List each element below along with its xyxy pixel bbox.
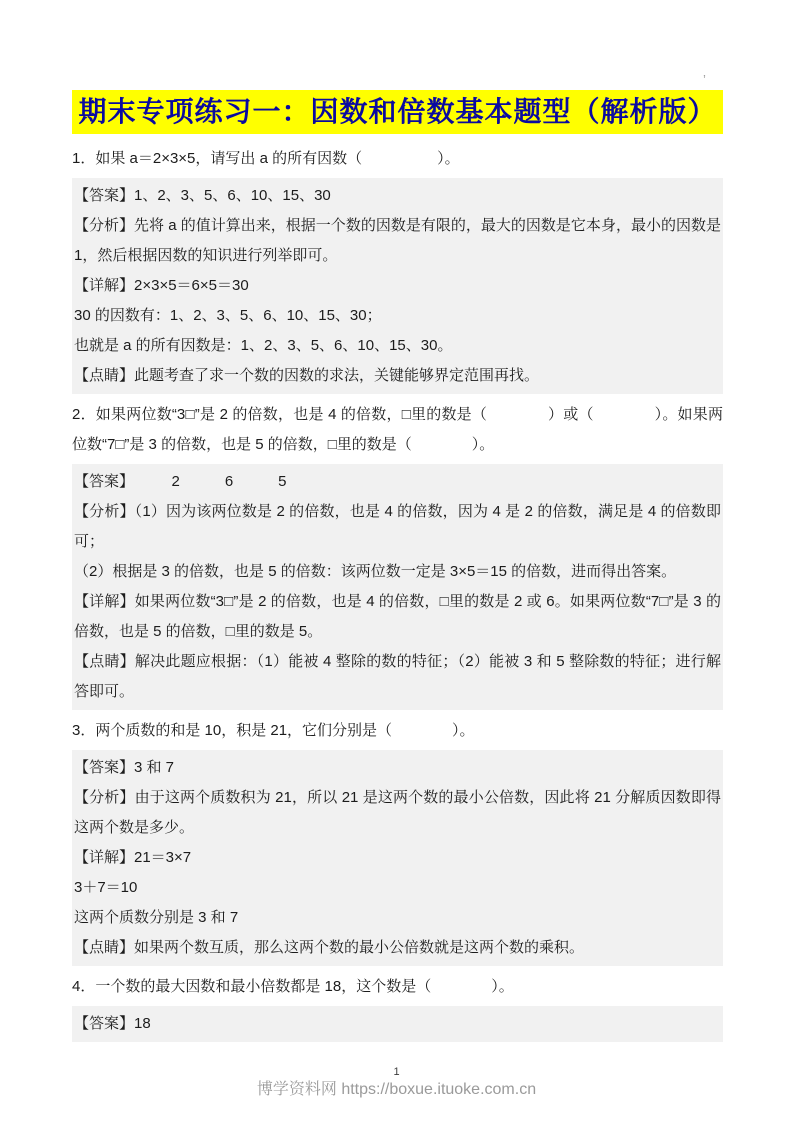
answer-line: 【答案】3 和 7 [74, 753, 721, 783]
page-title-text: 期末专项练习一：因数和倍数基本题型（解析版） [72, 90, 722, 134]
analysis-line: 【分析】由于这两个质数积为 21，所以 21 是这两个数的最小公倍数，因此将 2… [74, 783, 721, 843]
detail-line: 30 的因数有：1、2、3、5、6、10、15、30； [74, 301, 721, 331]
detail-line: 【详解】2×3×5＝6×5＝30 [74, 271, 721, 301]
question-2: 2．如果两位数“3□”是 2 的倍数，也是 4 的倍数，□里的数是（ ）或（ ）… [72, 394, 723, 464]
detail-line: 也就是 a 的所有因数是：1、2、3、5、6、10、15、30。 [74, 331, 721, 361]
detail-line: 3＋7＝10 [74, 873, 721, 903]
question-4: 4．一个数的最大因数和最小倍数都是 18，这个数是（ ）。 [72, 966, 723, 1006]
explanation-block-1: 【答案】1、2、3、5、6、10、15、30 【分析】先将 a 的值计算出来，根… [72, 178, 723, 394]
detail-line: 【详解】如果两位数“3□”是 2 的倍数，也是 4 的倍数，□里的数是 2 或 … [74, 587, 721, 647]
remark-line: 【点睛】解决此题应根据：（1）能被 4 整除的数的特征；（2）能被 3 和 5 … [74, 647, 721, 707]
question-3: 3．两个质数的和是 10，积是 21，它们分别是（ ）。 [72, 710, 723, 750]
analysis-line: 【分析】先将 a 的值计算出来，根据一个数的因数是有限的，最大的因数是它本身，最… [74, 211, 721, 271]
answer-line: 【答案】1、2、3、5、6、10、15、30 [74, 181, 721, 211]
answer-line: 【答案】18 [74, 1009, 721, 1039]
analysis-line: 【分析】（1）因为该两位数是 2 的倍数，也是 4 的倍数，因为 4 是 2 的… [74, 497, 721, 557]
remark-line: 【点睛】此题考查了求一个数的因数的求法，关键能够界定范围再找。 [74, 361, 721, 391]
document-content: 期末专项练习一：因数和倍数基本题型（解析版） 1．如果 a＝2×3×5，请写出 … [72, 0, 723, 1042]
page-footer: 1 博学资料网 https://boxue.ituoke.com.cn [0, 1065, 793, 1100]
detail-line: 这两个质数分别是 3 和 7 [74, 903, 721, 933]
page-title: 期末专项练习一：因数和倍数基本题型（解析版） [72, 0, 723, 134]
remark-line: 【点睛】如果两个数互质，那么这两个数的最小公倍数就是这两个数的乘积。 [74, 933, 721, 963]
worksheet-page: ’ 期末专项练习一：因数和倍数基本题型（解析版） 1．如果 a＝2×3×5，请写… [0, 0, 793, 1122]
stray-mark: ’ [703, 72, 706, 87]
page-number: 1 [0, 1065, 793, 1079]
site-text: 博学资料网 https://boxue.ituoke.com.cn [0, 1079, 793, 1100]
explanation-block-2: 【答案】 2 6 5 【分析】（1）因为该两位数是 2 的倍数，也是 4 的倍数… [72, 464, 723, 710]
explanation-block-4: 【答案】18 [72, 1006, 723, 1042]
answer-line: 【答案】 2 6 5 [74, 467, 721, 497]
detail-line: 【详解】21＝3×7 [74, 843, 721, 873]
question-1: 1．如果 a＝2×3×5，请写出 a 的所有因数（ ）。 [72, 138, 723, 178]
explanation-block-3: 【答案】3 和 7 【分析】由于这两个质数积为 21，所以 21 是这两个数的最… [72, 750, 723, 966]
analysis-line: （2）根据是 3 的倍数，也是 5 的倍数：该两位数一定是 3×5＝15 的倍数… [74, 557, 721, 587]
